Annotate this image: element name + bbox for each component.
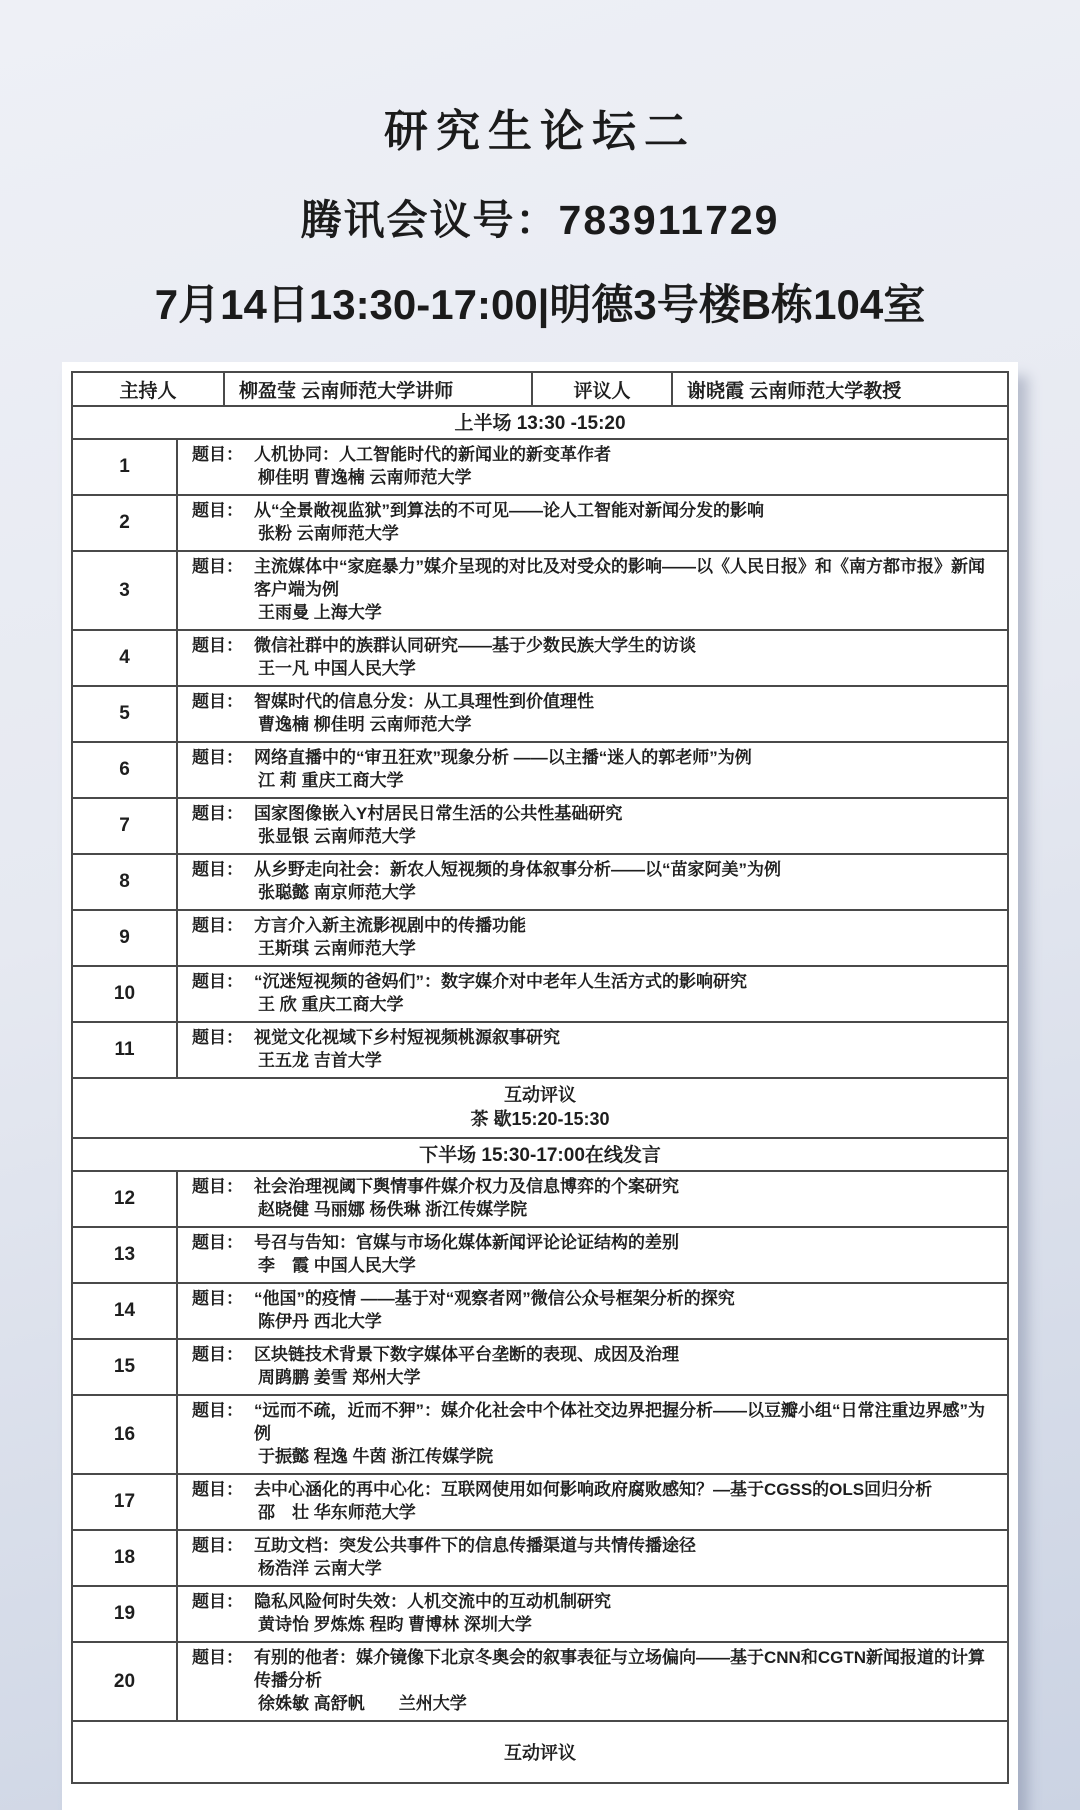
presenters-line: 邵 壮 华东师范大学 [258, 1501, 995, 1524]
presentation-number: 6 [72, 742, 177, 798]
topic-line: 题目：主流媒体中“家庭暴力”媒介呈现的对比及对受众的影响——以《人民日报》和《南… [192, 555, 995, 601]
presenters-line: 王斯琪 云南师范大学 [258, 937, 995, 960]
page-title: 研究生论坛二 [0, 95, 1080, 159]
topic-line: 题目：号召与告知：官媒与市场化媒体新闻评论论证结构的差别 [192, 1231, 995, 1254]
presentation-row: 7题目：国家图像嵌入Y村居民日常生活的公共性基础研究张显银 云南师范大学 [72, 798, 1008, 854]
presentation-row: 2题目：从“全景敞视监狱”到算法的不可见——论人工智能对新闻分发的影响张粉 云南… [72, 495, 1008, 551]
topic-label: 题目： [192, 692, 243, 711]
presentation-content: 题目：号召与告知：官媒与市场化媒体新闻评论论证结构的差别李 霞 中国人民大学 [177, 1227, 1008, 1283]
presentation-content: 题目：方言介入新主流影视剧中的传播功能王斯琪 云南师范大学 [177, 910, 1008, 966]
presentation-number: 18 [72, 1530, 177, 1586]
topic-line: 题目：从乡野走向社会：新农人短视频的身体叙事分析——以“苗家阿美”为例 [192, 858, 995, 881]
topic-label: 题目： [192, 1289, 243, 1308]
presentation-table-body: 上半场 13:30 -15:201题目：人机协同：人工智能时代的新闻业的新变革作… [72, 406, 1008, 1783]
topic-label: 题目： [192, 1401, 243, 1420]
topic-label: 题目： [192, 860, 243, 879]
presentation-title: 视觉文化视域下乡村短视频桃源叙事研究 [254, 1028, 560, 1047]
reviewer-label: 评议人 [532, 372, 672, 406]
topic-label: 题目： [192, 501, 243, 520]
topic-line: 题目：方言介入新主流影视剧中的传播功能 [192, 914, 995, 937]
presentation-title: 国家图像嵌入Y村居民日常生活的公共性基础研究 [254, 804, 622, 823]
session-header: 下半场 15:30-17:00在线发言 [72, 1138, 1008, 1171]
topic-line: 题目：微信社群中的族群认同研究——基于少数民族大学生的访谈 [192, 634, 995, 657]
presenters-line: 黄诗怡 罗炼炼 程昀 曹博林 深圳大学 [258, 1613, 995, 1636]
presentation-row: 5题目：智媒时代的信息分发：从工具理性到价值理性曹逸楠 柳佳明 云南师范大学 [72, 686, 1008, 742]
presentation-number: 8 [72, 854, 177, 910]
topic-line: 题目：去中心涵化的再中心化：互联网使用如何影响政府腐败感知？—基于CGSS的OL… [192, 1478, 995, 1501]
topic-line: 题目：互助文档：突发公共事件下的信息传播渠道与共情传播途径 [192, 1534, 995, 1557]
interlude-line: 茶 歇15:20-15:30 [73, 1107, 1007, 1131]
presentation-title: 人机协同：人工智能时代的新闻业的新变革作者 [254, 445, 611, 464]
presentation-number: 17 [72, 1474, 177, 1530]
host-label: 主持人 [72, 372, 224, 406]
presenters-line: 王一凡 中国人民大学 [258, 657, 995, 680]
presentation-title: 互助文档：突发公共事件下的信息传播渠道与共情传播途径 [254, 1536, 696, 1555]
presenters-line: 江 莉 重庆工商大学 [258, 769, 995, 792]
topic-line: 题目：隐私风险何时失效：人机交流中的互动机制研究 [192, 1590, 995, 1613]
topic-label: 题目： [192, 1648, 243, 1667]
presentation-title: “沉迷短视频的爸妈们”：数字媒介对中老年人生活方式的影响研究 [254, 972, 747, 991]
topic-line: 题目：区块链技术背景下数字媒体平台垄断的表现、成因及治理 [192, 1343, 995, 1366]
presentation-content: 题目：“他国”的疫情 ——基于对“观察者网”微信公众号框架分析的探究陈伊丹 西北… [177, 1283, 1008, 1339]
presentation-content: 题目：“沉迷短视频的爸妈们”：数字媒介对中老年人生活方式的影响研究王 欣 重庆工… [177, 966, 1008, 1022]
presenters-line: 杨浩洋 云南大学 [258, 1557, 995, 1580]
presentation-number: 11 [72, 1022, 177, 1078]
presentation-number: 9 [72, 910, 177, 966]
presenters-line: 曹逸楠 柳佳明 云南师范大学 [258, 713, 995, 736]
presentation-number: 2 [72, 495, 177, 551]
topic-line: 题目：国家图像嵌入Y村居民日常生活的公共性基础研究 [192, 802, 995, 825]
session-header: 上半场 13:30 -15:20 [72, 406, 1008, 439]
presentation-content: 题目：从乡野走向社会：新农人短视频的身体叙事分析——以“苗家阿美”为例张聪懿 南… [177, 854, 1008, 910]
presenters-line: 于振懿 程逸 牛茵 浙江传媒学院 [258, 1445, 995, 1468]
presentation-title: 社会治理视阈下舆情事件媒介权力及信息博弈的个案研究 [254, 1177, 679, 1196]
topic-line: 题目：从“全景敞视监狱”到算法的不可见——论人工智能对新闻分发的影响 [192, 499, 995, 522]
document-header: 研究生论坛二 腾讯会议号：783911729 7月14日13:30-17:00|… [0, 0, 1080, 332]
presentation-row: 16题目：“远而不疏，近而不狎”：媒介化社会中个体社交边界把握分析——以豆瓣小组… [72, 1395, 1008, 1474]
presentation-content: 题目：网络直播中的“审丑狂欢”现象分析 ——以主播“迷人的郭老师”为例江 莉 重… [177, 742, 1008, 798]
presentation-number: 5 [72, 686, 177, 742]
topic-label: 题目： [192, 1480, 243, 1499]
presentation-title: 主流媒体中“家庭暴力”媒介呈现的对比及对受众的影响——以《人民日报》和《南方都市… [254, 557, 985, 599]
presentation-content: 题目：微信社群中的族群认同研究——基于少数民族大学生的访谈王一凡 中国人民大学 [177, 630, 1008, 686]
presentation-row: 15题目：区块链技术背景下数字媒体平台垄断的表现、成因及治理周鹍鹏 姜雪 郑州大… [72, 1339, 1008, 1395]
topic-label: 题目： [192, 557, 243, 576]
presentation-row: 14题目：“他国”的疫情 ——基于对“观察者网”微信公众号框架分析的探究陈伊丹 … [72, 1283, 1008, 1339]
presenters-line: 徐姝敏 高舒帆 兰州大学 [258, 1692, 995, 1715]
presenters-line: 张聪懿 南京师范大学 [258, 881, 995, 904]
presentation-number: 3 [72, 551, 177, 630]
topic-line: 题目：“远而不疏，近而不狎”：媒介化社会中个体社交边界把握分析——以豆瓣小组“日… [192, 1399, 995, 1445]
presentation-row: 12题目：社会治理视阈下舆情事件媒介权力及信息博弈的个案研究赵晓健 马丽娜 杨佚… [72, 1171, 1008, 1227]
presenters-line: 柳佳明 曹逸楠 云南师范大学 [258, 466, 995, 489]
presentation-content: 题目：智媒时代的信息分发：从工具理性到价值理性曹逸楠 柳佳明 云南师范大学 [177, 686, 1008, 742]
presentation-row: 19题目：隐私风险何时失效：人机交流中的互动机制研究黄诗怡 罗炼炼 程昀 曹博林… [72, 1586, 1008, 1642]
presentation-number: 19 [72, 1586, 177, 1642]
presentation-content: 题目：社会治理视阈下舆情事件媒介权力及信息博弈的个案研究赵晓健 马丽娜 杨佚琳 … [177, 1171, 1008, 1227]
presenters-line: 张粉 云南师范大学 [258, 522, 995, 545]
topic-line: 题目：人机协同：人工智能时代的新闻业的新变革作者 [192, 443, 995, 466]
presentation-table: 上半场 13:30 -15:201题目：人机协同：人工智能时代的新闻业的新变革作… [71, 405, 1009, 1784]
presenters-line: 周鹍鹏 姜雪 郑州大学 [258, 1366, 995, 1389]
presentation-row: 9题目：方言介入新主流影视剧中的传播功能王斯琪 云南师范大学 [72, 910, 1008, 966]
presentation-number: 4 [72, 630, 177, 686]
topic-label: 题目： [192, 804, 243, 823]
presentation-row: 6题目：网络直播中的“审丑狂欢”现象分析 ——以主播“迷人的郭老师”为例江 莉 … [72, 742, 1008, 798]
topic-line: 题目：有别的他者：媒介镜像下北京冬奥会的叙事表征与立场偏向——基于CNN和CGT… [192, 1646, 995, 1692]
schedule-location-line: 7月14日13:30-17:00|明德3号楼B栋104室 [0, 272, 1080, 332]
presentation-number: 1 [72, 439, 177, 495]
presenters-line: 王雨曼 上海大学 [258, 601, 995, 624]
presentation-content: 题目：互助文档：突发公共事件下的信息传播渠道与共情传播途径杨浩洋 云南大学 [177, 1530, 1008, 1586]
session-header-row: 下半场 15:30-17:00在线发言 [72, 1138, 1008, 1171]
presentation-number: 7 [72, 798, 177, 854]
host-reviewer-row: 主持人 柳盈莹 云南师范大学讲师 评议人 谢晓霞 云南师范大学教授 [72, 372, 1008, 406]
presentation-row: 8题目：从乡野走向社会：新农人短视频的身体叙事分析——以“苗家阿美”为例张聪懿 … [72, 854, 1008, 910]
presentation-number: 20 [72, 1642, 177, 1721]
topic-label: 题目： [192, 748, 243, 767]
topic-line: 题目：网络直播中的“审丑狂欢”现象分析 ——以主播“迷人的郭老师”为例 [192, 746, 995, 769]
presentation-row: 4题目：微信社群中的族群认同研究——基于少数民族大学生的访谈王一凡 中国人民大学 [72, 630, 1008, 686]
topic-label: 题目： [192, 916, 243, 935]
topic-label: 题目： [192, 445, 243, 464]
presenters-line: 李 霞 中国人民大学 [258, 1254, 995, 1277]
closing-row: 互动评议 [72, 1721, 1008, 1783]
topic-label: 题目： [192, 636, 243, 655]
presenters-line: 赵晓健 马丽娜 杨佚琳 浙江传媒学院 [258, 1198, 995, 1221]
presentation-number: 10 [72, 966, 177, 1022]
presentation-content: 题目：国家图像嵌入Y村居民日常生活的公共性基础研究张显银 云南师范大学 [177, 798, 1008, 854]
presenters-line: 张显银 云南师范大学 [258, 825, 995, 848]
presentation-title: 网络直播中的“审丑狂欢”现象分析 ——以主播“迷人的郭老师”为例 [254, 748, 752, 767]
presentation-title: “远而不疏，近而不狎”：媒介化社会中个体社交边界把握分析——以豆瓣小组“日常注重… [254, 1401, 985, 1443]
presentation-number: 14 [72, 1283, 177, 1339]
presenters-line: 王五龙 吉首大学 [258, 1049, 995, 1072]
presentation-title: 从“全景敞视监狱”到算法的不可见——论人工智能对新闻分发的影响 [254, 501, 764, 520]
presentation-content: 题目：人机协同：人工智能时代的新闻业的新变革作者柳佳明 曹逸楠 云南师范大学 [177, 439, 1008, 495]
schedule-card: 主持人 柳盈莹 云南师范大学讲师 评议人 谢晓霞 云南师范大学教授 上半场 13… [62, 362, 1018, 1810]
topic-label: 题目： [192, 972, 243, 991]
presentation-content: 题目：从“全景敞视监狱”到算法的不可见——论人工智能对新闻分发的影响张粉 云南师… [177, 495, 1008, 551]
presentation-title: 微信社群中的族群认同研究——基于少数民族大学生的访谈 [254, 636, 696, 655]
presentation-title: 区块链技术背景下数字媒体平台垄断的表现、成因及治理 [254, 1345, 679, 1364]
presentation-row: 13题目：号召与告知：官媒与市场化媒体新闻评论论证结构的差别李 霞 中国人民大学 [72, 1227, 1008, 1283]
presentation-number: 12 [72, 1171, 177, 1227]
topic-label: 题目： [192, 1028, 243, 1047]
reviewer-value: 谢晓霞 云南师范大学教授 [672, 372, 1008, 406]
topic-line: 题目：“沉迷短视频的爸妈们”：数字媒介对中老年人生活方式的影响研究 [192, 970, 995, 993]
presenters-line: 王 欣 重庆工商大学 [258, 993, 995, 1016]
meeting-id-line: 腾讯会议号：783911729 [0, 187, 1080, 246]
topic-label: 题目： [192, 1592, 243, 1611]
interlude-cell: 互动评议茶 歇15:20-15:30 [72, 1078, 1008, 1138]
closing-discussion-cell: 互动评议 [72, 1721, 1008, 1783]
topic-line: 题目：社会治理视阈下舆情事件媒介权力及信息博弈的个案研究 [192, 1175, 995, 1198]
presentation-content: 题目：区块链技术背景下数字媒体平台垄断的表现、成因及治理周鹍鹏 姜雪 郑州大学 [177, 1339, 1008, 1395]
topic-label: 题目： [192, 1177, 243, 1196]
presentation-content: 题目：主流媒体中“家庭暴力”媒介呈现的对比及对受众的影响——以《人民日报》和《南… [177, 551, 1008, 630]
presentation-row: 10题目：“沉迷短视频的爸妈们”：数字媒介对中老年人生活方式的影响研究王 欣 重… [72, 966, 1008, 1022]
presentation-content: 题目：有别的他者：媒介镜像下北京冬奥会的叙事表征与立场偏向——基于CNN和CGT… [177, 1642, 1008, 1721]
presentation-number: 13 [72, 1227, 177, 1283]
presentation-row: 11题目：视觉文化视域下乡村短视频桃源叙事研究王五龙 吉首大学 [72, 1022, 1008, 1078]
presentation-content: 题目：“远而不疏，近而不狎”：媒介化社会中个体社交边界把握分析——以豆瓣小组“日… [177, 1395, 1008, 1474]
topic-label: 题目： [192, 1345, 243, 1364]
interlude-row: 互动评议茶 歇15:20-15:30 [72, 1078, 1008, 1138]
host-value: 柳盈莹 云南师范大学讲师 [224, 372, 532, 406]
presentation-title: 从乡野走向社会：新农人短视频的身体叙事分析——以“苗家阿美”为例 [254, 860, 781, 879]
presentation-title: 号召与告知：官媒与市场化媒体新闻评论论证结构的差别 [254, 1233, 679, 1252]
presentation-number: 15 [72, 1339, 177, 1395]
topic-line: 题目：“他国”的疫情 ——基于对“观察者网”微信公众号框架分析的探究 [192, 1287, 995, 1310]
presentation-number: 16 [72, 1395, 177, 1474]
presentation-row: 18题目：互助文档：突发公共事件下的信息传播渠道与共情传播途径杨浩洋 云南大学 [72, 1530, 1008, 1586]
presentation-content: 题目：视觉文化视域下乡村短视频桃源叙事研究王五龙 吉首大学 [177, 1022, 1008, 1078]
topic-line: 题目：视觉文化视域下乡村短视频桃源叙事研究 [192, 1026, 995, 1049]
presentation-title: 智媒时代的信息分发：从工具理性到价值理性 [254, 692, 594, 711]
topic-label: 题目： [192, 1536, 243, 1555]
presentation-title: 有别的他者：媒介镜像下北京冬奥会的叙事表征与立场偏向——基于CNN和CGTN新闻… [254, 1648, 985, 1690]
interlude-line: 互动评议 [73, 1083, 1007, 1107]
topic-label: 题目： [192, 1233, 243, 1252]
presentation-content: 题目：去中心涵化的再中心化：互联网使用如何影响政府腐败感知？—基于CGSS的OL… [177, 1474, 1008, 1530]
presentation-row: 17题目：去中心涵化的再中心化：互联网使用如何影响政府腐败感知？—基于CGSS的… [72, 1474, 1008, 1530]
session-header-row: 上半场 13:30 -15:20 [72, 406, 1008, 439]
presentation-content: 题目：隐私风险何时失效：人机交流中的互动机制研究黄诗怡 罗炼炼 程昀 曹博林 深… [177, 1586, 1008, 1642]
presentation-title: 去中心涵化的再中心化：互联网使用如何影响政府腐败感知？—基于CGSS的OLS回归… [254, 1480, 932, 1499]
topic-line: 题目：智媒时代的信息分发：从工具理性到价值理性 [192, 690, 995, 713]
presentation-row: 3题目：主流媒体中“家庭暴力”媒介呈现的对比及对受众的影响——以《人民日报》和《… [72, 551, 1008, 630]
presentation-title: 方言介入新主流影视剧中的传播功能 [254, 916, 526, 935]
presenters-line: 陈伊丹 西北大学 [258, 1310, 995, 1333]
host-reviewer-table: 主持人 柳盈莹 云南师范大学讲师 评议人 谢晓霞 云南师范大学教授 [71, 371, 1009, 407]
presentation-title: 隐私风险何时失效：人机交流中的互动机制研究 [254, 1592, 611, 1611]
presentation-title: “他国”的疫情 ——基于对“观察者网”微信公众号框架分析的探究 [254, 1289, 735, 1308]
presentation-row: 20题目：有别的他者：媒介镜像下北京冬奥会的叙事表征与立场偏向——基于CNN和C… [72, 1642, 1008, 1721]
presentation-row: 1题目：人机协同：人工智能时代的新闻业的新变革作者柳佳明 曹逸楠 云南师范大学 [72, 439, 1008, 495]
